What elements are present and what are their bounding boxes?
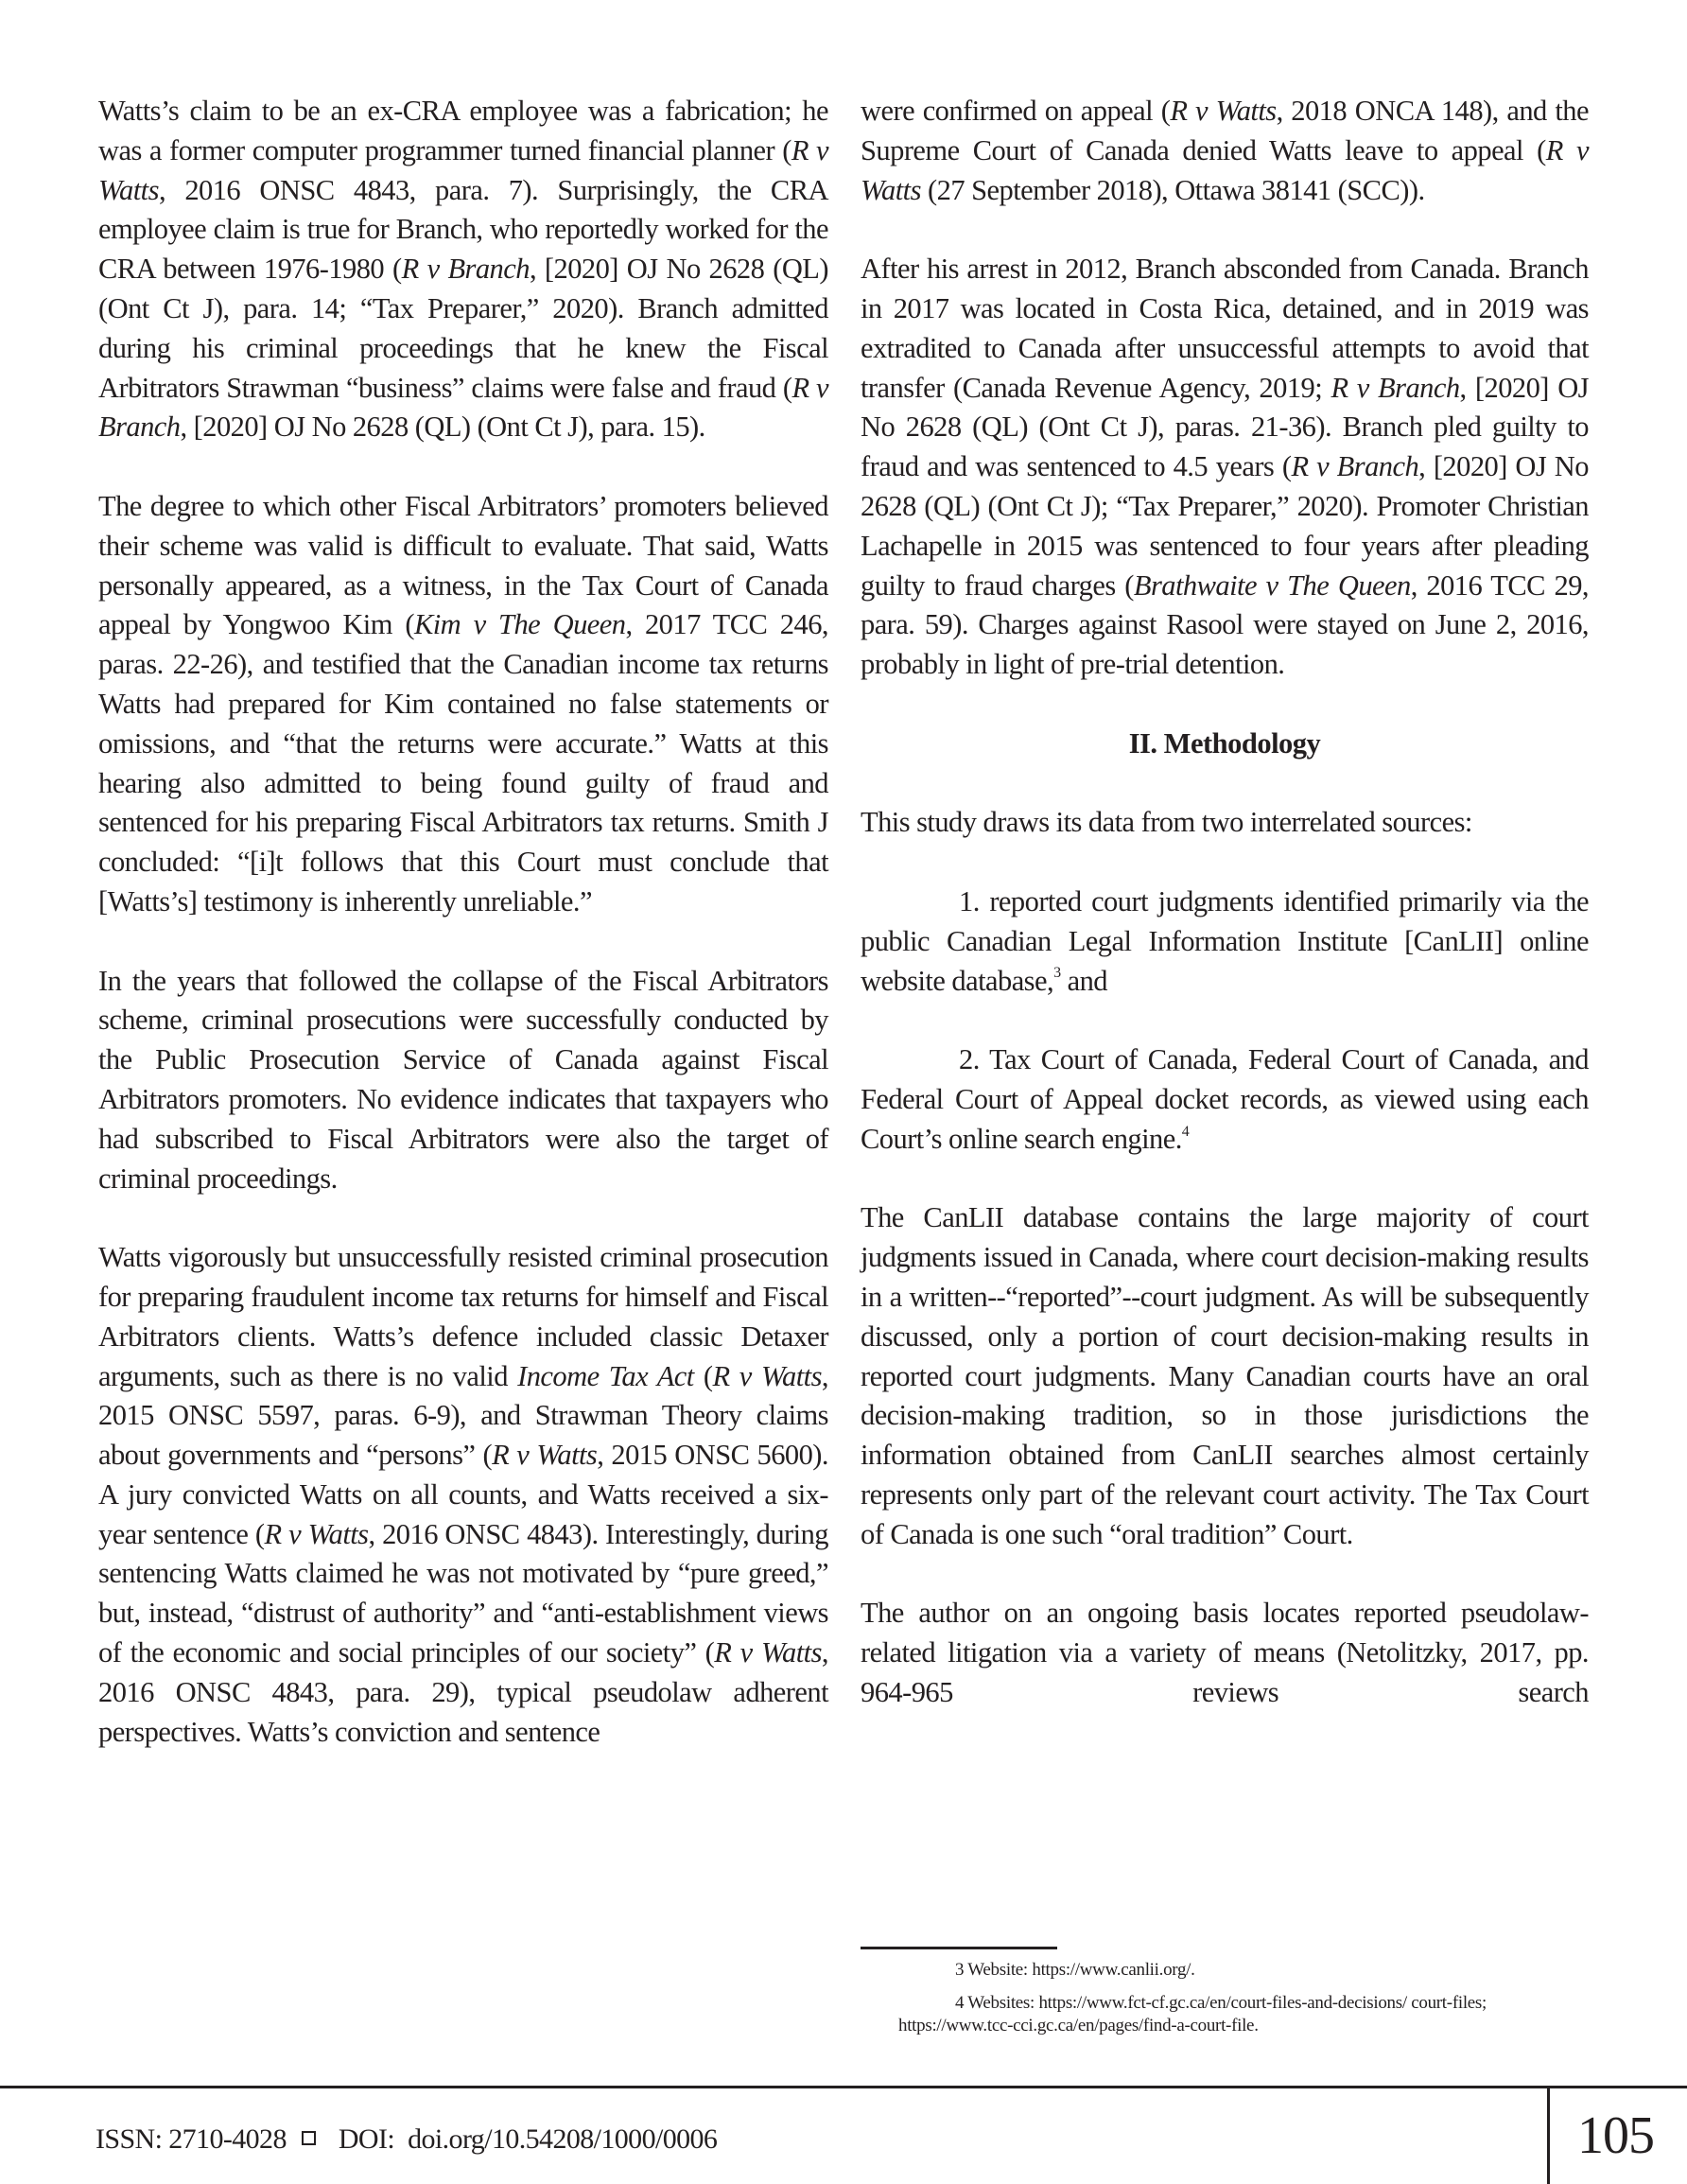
left-column: Watts’s claim to be an ex-CRA employee w… (98, 92, 828, 1752)
source-item-2: 2. Tax Court of Canada, Federal Court of… (861, 1040, 1589, 1159)
paragraph: The degree to which other Fiscal Arbitra… (98, 487, 828, 922)
section-heading: II. Methodology (861, 725, 1589, 764)
footnote-divider (861, 1947, 1057, 1949)
paragraph: Watts vigorously but unsuccessfully resi… (98, 1238, 828, 1752)
footnotes: 3 Website: https://www.canlii.org/. 4 We… (898, 1959, 1560, 2048)
paragraph: After his arrest in 2012, Branch abscond… (861, 250, 1589, 685)
page-number: 105 (1577, 2107, 1654, 2164)
square-outline-icon (302, 2131, 316, 2145)
case-citation: Kim v The Queen (414, 608, 626, 640)
case-citation: R v Branch (402, 253, 530, 285)
case-citation: R v Branch (1330, 372, 1459, 404)
text-run: In the years that followed the collapse … (98, 965, 828, 1195)
text-run: , 2017 TCC 246, paras. 22-26), and testi… (98, 608, 828, 917)
case-citation: Income Tax Act (517, 1360, 694, 1392)
right-column: were confirmed on appeal (R v Watts, 201… (861, 92, 1589, 1713)
source-text: 2. Tax Court of Canada, Federal Court of… (861, 1043, 1589, 1155)
text-run: , [2020] OJ No 2628 (QL) (Ont Ct J), par… (181, 411, 705, 443)
doi-link[interactable]: doi.org/10.54208/1000/0006 (408, 2121, 717, 2158)
text-run: (27 September 2018), Ottawa 38141 (SCC))… (921, 174, 1425, 206)
text-run: ( (694, 1360, 713, 1392)
paragraph: The CanLII database contains the large m… (861, 1198, 1589, 1554)
case-citation: R v Branch (1291, 450, 1418, 482)
source-tail: and (1061, 965, 1107, 997)
methodology-intro: This study draws its data from two inter… (861, 803, 1589, 843)
source-text: 1. reported court judgments identified p… (861, 885, 1589, 997)
footnote-4: 4 Websites: https://www.fct-cf.gc.ca/en/… (898, 1992, 1560, 2037)
paragraph: Watts’s claim to be an ex-CRA employee w… (98, 92, 828, 447)
text-run: Watts’s claim to be an ex-CRA employee w… (98, 95, 828, 166)
case-citation: R v Watts (713, 1360, 822, 1392)
case-citation: R v Watts (265, 1518, 369, 1550)
footnote-3: 3 Website: https://www.canlii.org/. (898, 1959, 1560, 1982)
doi-label: DOI: (339, 2121, 394, 2158)
footnote-ref-3[interactable]: 3 (1053, 965, 1060, 981)
text-run: were confirmed on appeal ( (861, 95, 1170, 127)
issn: ISSN: 2710-4028 (96, 2121, 287, 2158)
footer-meta: ISSN: 2710-4028 DOI: doi.org/10.54208/10… (96, 2121, 717, 2158)
case-citation: R v Watts (1170, 95, 1276, 127)
source-item-1: 1. reported court judgments identified p… (861, 882, 1589, 1001)
case-citation: R v Watts (714, 1636, 822, 1669)
case-citation: Brathwaite v The Queen (1134, 569, 1411, 602)
paragraph: The author on an ongoing basis locates r… (861, 1594, 1589, 1712)
paragraph: In the years that followed the collapse … (98, 962, 828, 1199)
footnote-ref-4[interactable]: 4 (1182, 1124, 1189, 1140)
footer-divider (0, 2086, 1687, 2088)
paragraph: were confirmed on appeal (R v Watts, 201… (861, 92, 1589, 210)
case-citation: R v Watts (492, 1439, 597, 1471)
footer-vertical-divider (1547, 2086, 1550, 2184)
